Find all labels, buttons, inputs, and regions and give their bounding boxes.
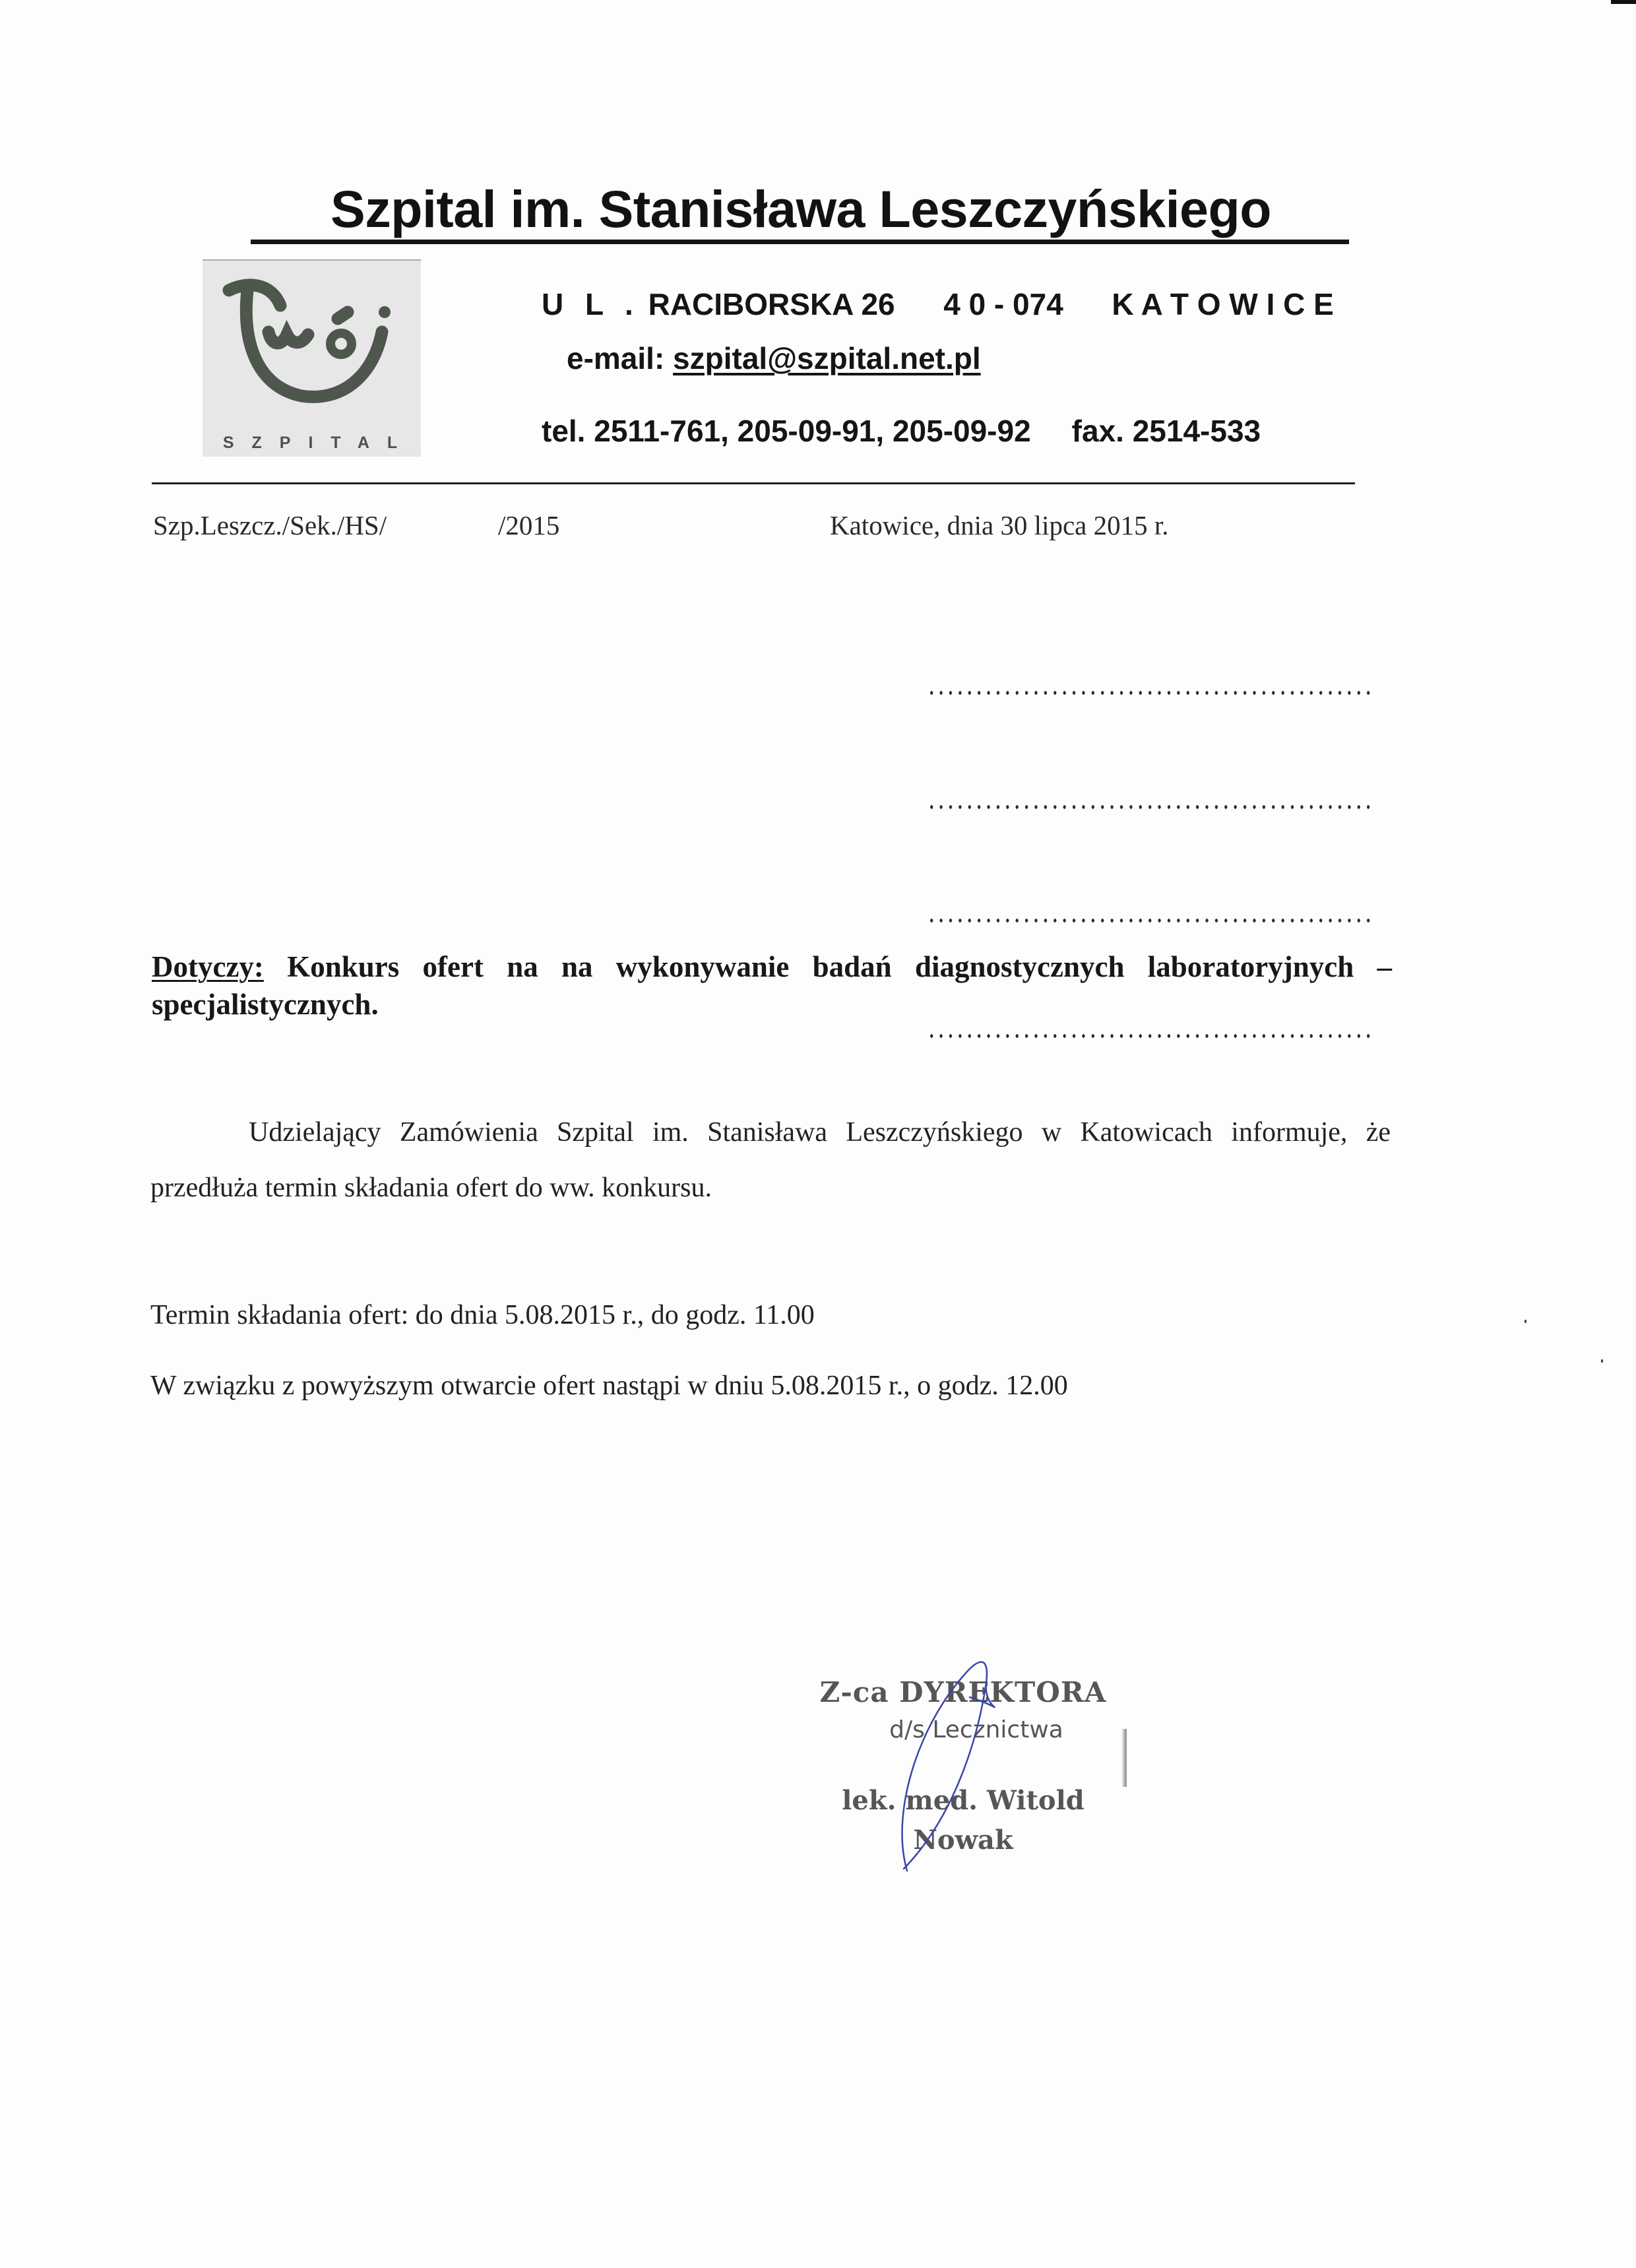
address-line: U L . RACIBORSKA 26 4 0 - 074 K A T O W … [542, 286, 1334, 323]
recipient-line-1 [927, 691, 1375, 695]
opening-line: W związku z powyższym otwarcie ofert nas… [150, 1369, 1068, 1402]
logo-caption: SZPITAL [203, 434, 421, 453]
scan-edge-mark [1611, 0, 1636, 4]
phone-line: tel. 2511-761, 205-09-91, 205-09-92fax. … [542, 412, 1261, 449]
reference-year: /2015 [498, 509, 559, 541]
twoj-smile-logo-icon [203, 261, 421, 457]
street-prefix: U L . [542, 287, 640, 321]
subject-text: Konkurs ofert na na wykonywanie badań di… [152, 950, 1392, 1021]
recipient-line-3 [927, 919, 1375, 923]
stamp-smudge [1121, 1729, 1127, 1787]
city: K A T O W I C E [1112, 287, 1333, 321]
scan-speck [1601, 1359, 1603, 1363]
reference-number: Szp.Leszcz./Sek./HS/ [153, 509, 387, 541]
deadline-line: Termin składania ofert: do dnia 5.08.201… [150, 1299, 815, 1332]
hospital-logo: SZPITAL [203, 259, 421, 457]
street: RACIBORSKA 26 [648, 287, 895, 321]
scan-speck [1525, 1320, 1526, 1323]
handwritten-signature-icon [877, 1650, 1009, 1887]
body-paragraph: Udzielający Zamówienia Szpital im. Stani… [150, 1105, 1391, 1215]
recipient-line-2 [927, 805, 1375, 809]
email-line: e-mail: szpital@szpital.net.pl [567, 340, 981, 377]
letterhead-separator [152, 482, 1355, 484]
email-label: e-mail: [567, 341, 664, 375]
hospital-name-title: Szpital im. Stanisława Leszczyńskiego [251, 179, 1351, 239]
email-link[interactable]: szpital@szpital.net.pl [673, 341, 981, 375]
subject: Dotyczy: Konkurs ofert na na wykonywanie… [152, 948, 1392, 1023]
postal-code: 4 0 - 074 [943, 287, 1063, 321]
title-underline [251, 240, 1349, 244]
subject-label: Dotyczy: [152, 950, 264, 983]
fax-number: fax. 2514-533 [1072, 414, 1261, 448]
recipient-line-4 [927, 1034, 1375, 1038]
telephone-numbers: tel. 2511-761, 205-09-91, 205-09-92 [542, 414, 1031, 448]
place-and-date: Katowice, dnia 30 lipca 2015 r. [830, 509, 1169, 541]
